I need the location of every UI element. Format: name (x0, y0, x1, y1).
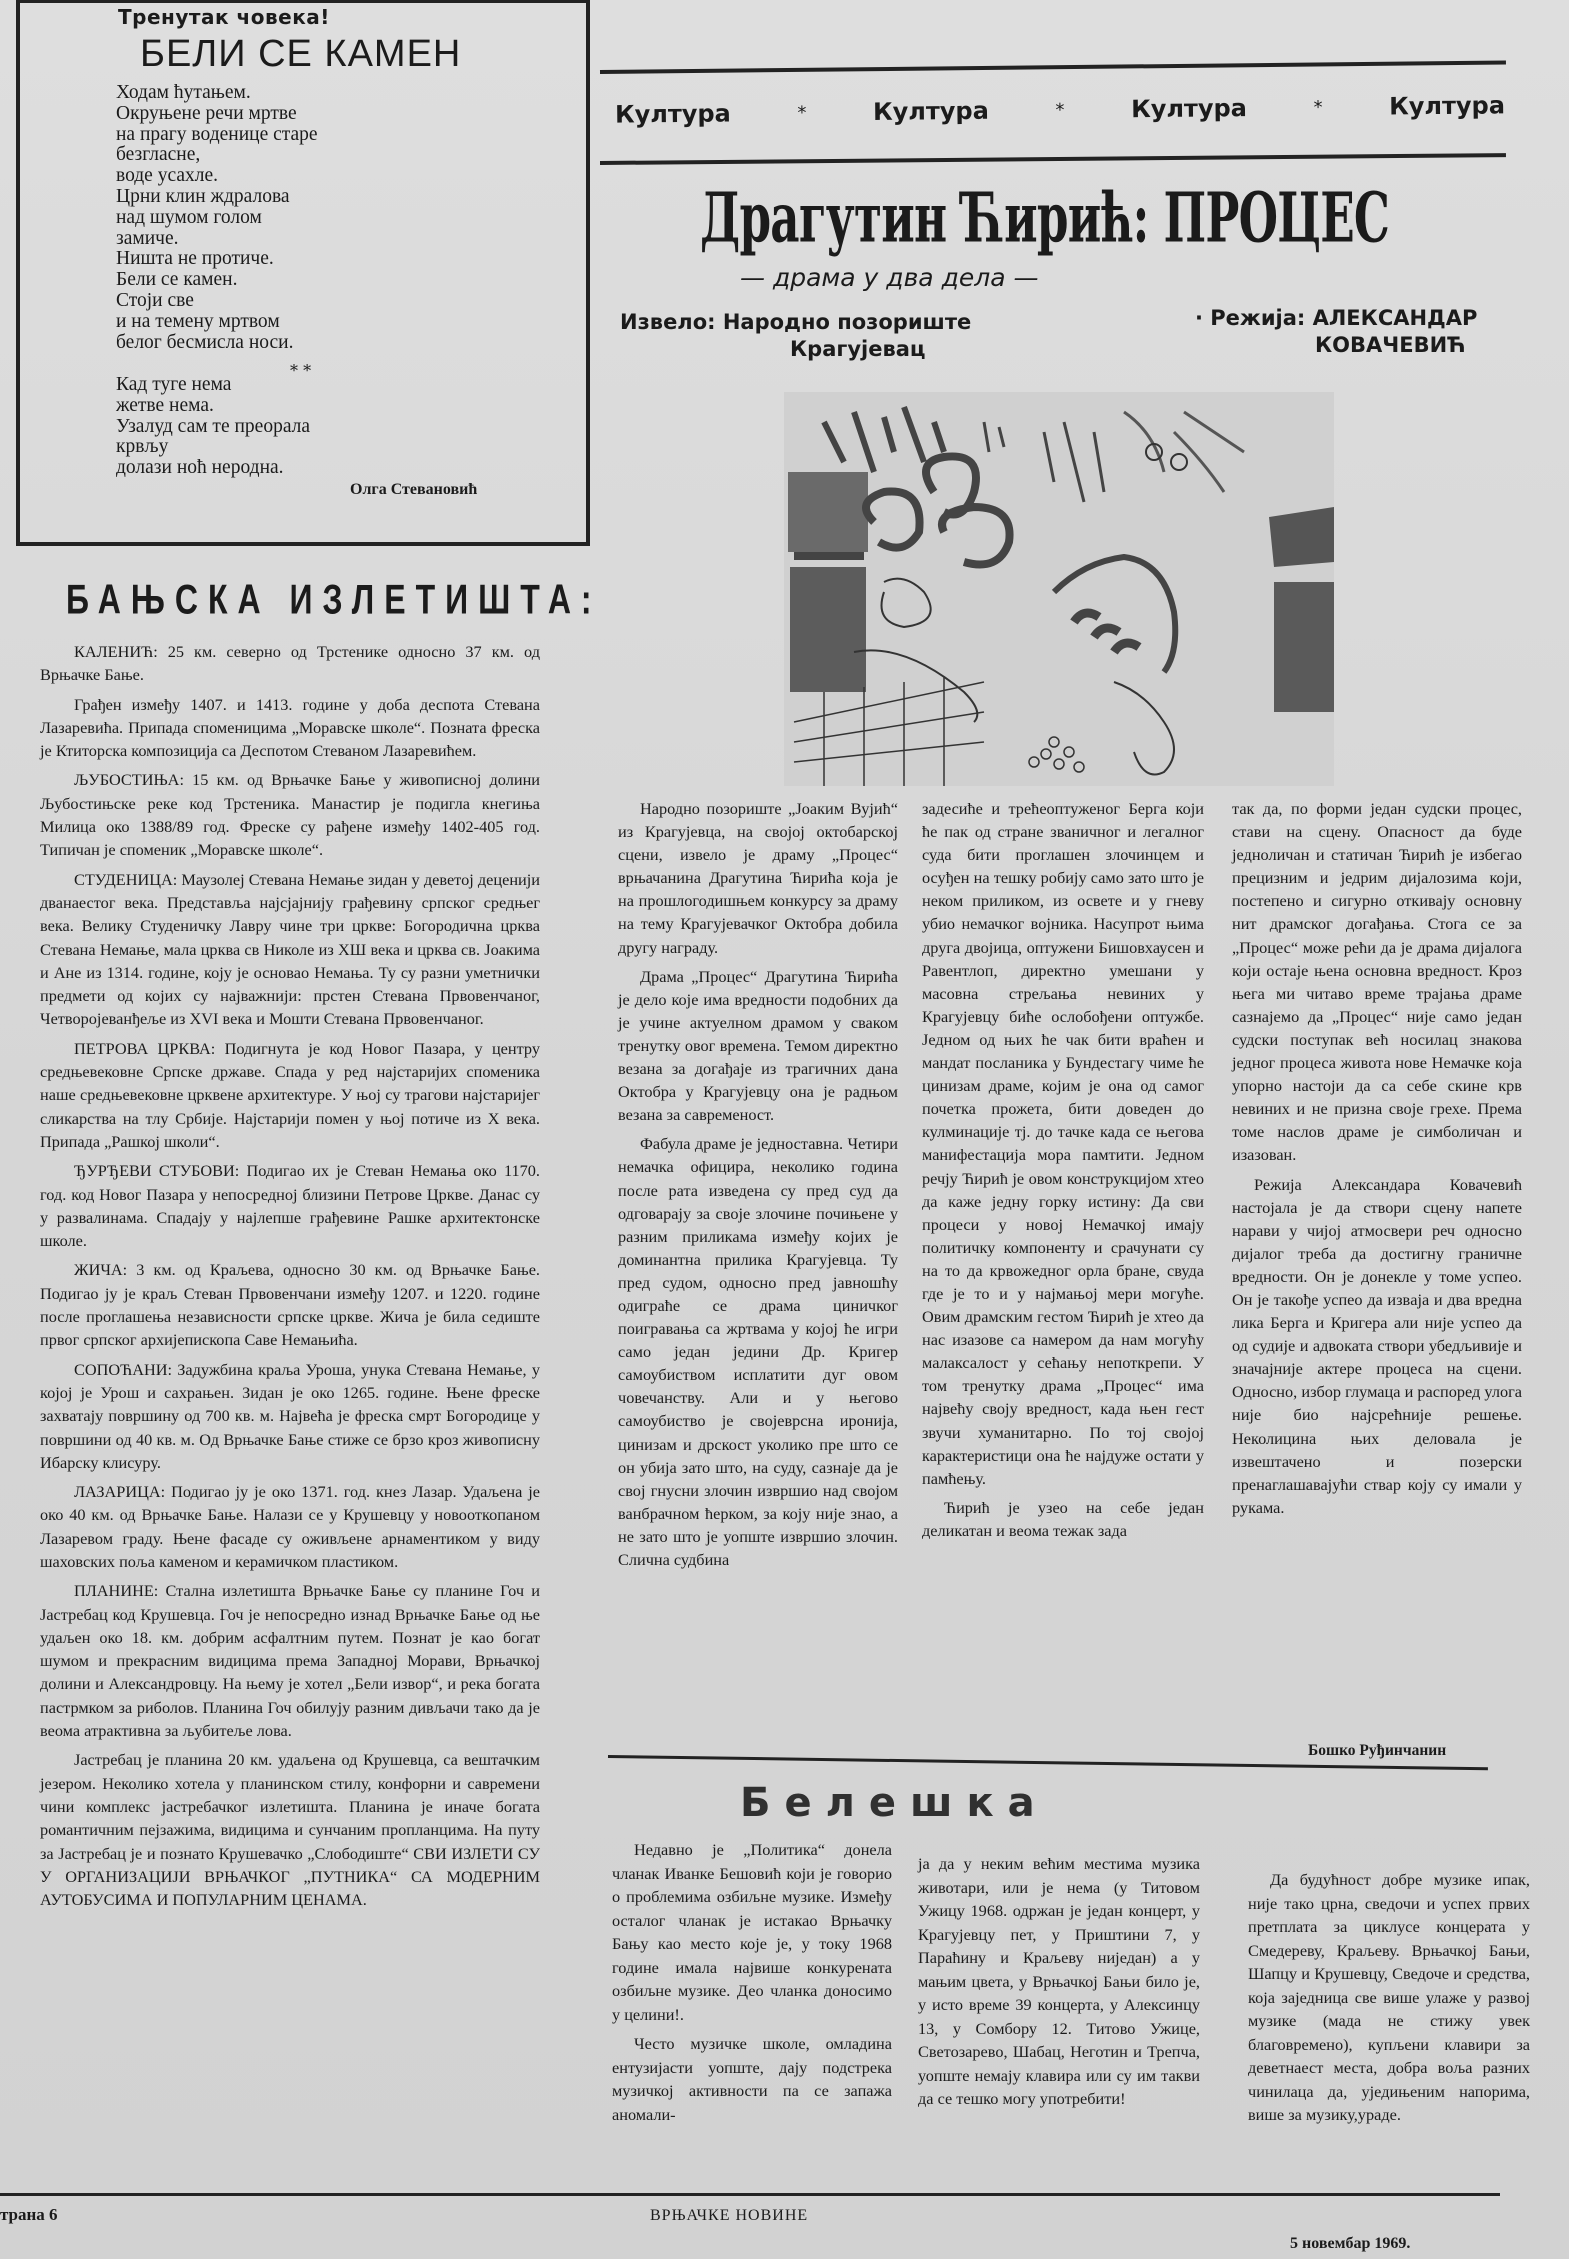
banner-rule-top (600, 61, 1506, 74)
excursion-paragraph: СОПОЋАНИ: Задужбина краља Уроша, унука С… (40, 1358, 540, 1474)
illustration-drawing-icon (784, 392, 1334, 786)
article-paragraph: задесиће и трећеоптуженог Берга који ће … (922, 797, 1204, 1490)
trial-illustration (784, 392, 1334, 786)
article-director: · Режија: АЛЕКСАНДАР КОВАЧЕВИЋ (1195, 305, 1515, 359)
poem-line: Узалуд сам те преорала (116, 417, 536, 438)
banner-item: Култура (1389, 91, 1505, 120)
production-line: Извело: Народно позориште (620, 309, 1020, 336)
excursion-paragraph: СТУДЕНИЦА: Маузолеј Стевана Немање зидан… (40, 868, 540, 1031)
banner-item: Култура (1131, 94, 1247, 123)
poem-box: Тренутак човека! БЕЛИ СЕ КАМЕН Ходам ћут… (16, 0, 590, 546)
excursions-body: КАЛЕНИЋ: 25 км. северно од Трстенике одн… (40, 640, 540, 1917)
poem-author: Олга Стевановић (350, 481, 477, 499)
poem-line: над шумом голом (116, 208, 536, 229)
star-icon: * (1055, 99, 1064, 120)
poem-title: БЕЛИ СЕ КАМЕН (140, 33, 461, 76)
culture-banner: Култура * Култура * Култура * Култура (615, 91, 1505, 128)
poem-line: Бели се камен. (116, 270, 536, 291)
article-column-2: задесиће и трећеоптуженог Берга који ће … (922, 797, 1204, 1548)
note-paragraph: Често музичке школе, омладина ентузијаст… (612, 2032, 892, 2126)
poem-line: и на темену мртвом (116, 312, 536, 333)
article-byline: Бошко Руђинчанин (1308, 1742, 1446, 1760)
excursion-paragraph: ПЕТРОВА ЦРКВА: Подигнута је код Новог Па… (40, 1037, 540, 1153)
production-line: Крагујевац (620, 336, 1020, 363)
excursion-paragraph: КАЛЕНИЋ: 25 км. северно од Трстенике одн… (40, 640, 540, 687)
article-title: Драгутин Ћирић: ПРОЦЕС (700, 178, 1389, 258)
article-subtitle: — драма у два дела — (740, 263, 1039, 292)
poem-line: Ходам ћутањем. (116, 83, 536, 104)
director-line: · Режија: АЛЕКСАНДАР (1195, 305, 1515, 332)
poem-line: крвљу (116, 437, 536, 458)
article-paragraph: Фабула драме је једноставна. Четири нема… (618, 1132, 898, 1571)
excursion-paragraph: ПЛАНИНЕ: Стална излетишта Врњачке Бање с… (40, 1579, 540, 1742)
banner-rule-bottom (600, 153, 1506, 165)
footer-rule (0, 2193, 1500, 2196)
poem-stanza-1: Ходам ћутањем. Окруњене речи мртве на пр… (116, 83, 536, 353)
note-column-3: Да будућност добре музике ипак, није так… (1248, 1868, 1530, 2133)
issue-date: 5 новембар 1969. (1290, 2235, 1410, 2253)
poem-line: Стоји све (116, 291, 536, 312)
poem-line: Црни клин ждралова (116, 187, 536, 208)
note-column-2: ја да у неким већим местима музика живот… (918, 1852, 1200, 2117)
star-icon: * (1313, 97, 1322, 118)
banner-item: Култура (615, 99, 731, 128)
article-paragraph: Ћирић је узео на себе један деликатан и … (922, 1496, 1204, 1542)
article-paragraph: Народно позориште „Јоаким Вујић“ из Краг… (618, 797, 898, 959)
article-paragraph: Режија Александара Ковачевић настојала ј… (1232, 1173, 1522, 1519)
director-line: КОВАЧЕВИЋ (1195, 332, 1515, 359)
poem-line: замиче. (116, 229, 536, 250)
excursion-paragraph: ЂУРЂЕВИ СТУБОВИ: Подигао их је Стеван Не… (40, 1159, 540, 1252)
poem-line: белог бесмисла носи. (116, 333, 536, 354)
poem-line: Кад туге нема (116, 375, 536, 396)
poem-kicker: Тренутак човека! (118, 5, 330, 29)
newspaper-name: ВРЊАЧКЕ НОВИНЕ (650, 2207, 808, 2225)
excursion-paragraph: ЛАЗАРИЦА: Подигао ју је око 1371. год. к… (40, 1480, 540, 1573)
excursions-heading: БАЊСКА ИЗЛЕТИШТА: (66, 576, 602, 624)
note-title: Белешка (740, 1780, 1049, 1826)
article-column-1: Народно позориште „Јоаким Вујић“ из Краг… (618, 797, 898, 1577)
note-paragraph: Недавно је „Политика“ донела чланак Иван… (612, 1838, 892, 2026)
note-paragraph: ја да у неким већим местима музика живот… (918, 1852, 1200, 2111)
poem-line: Окруњене речи мртве (116, 104, 536, 125)
poem-stanza-2: Кад туге нема жетве нема. Узалуд сам те … (116, 375, 536, 479)
article-column-3: так да, по форми један судски процес, ст… (1232, 797, 1522, 1525)
poem-line: безгласне, (116, 145, 536, 166)
poem-line: воде усахле. (116, 166, 536, 187)
excursion-paragraph: ЖИЧА: 3 км. од Краљева, односно 30 км. о… (40, 1258, 540, 1351)
poem-line: на прагу воденице старе (116, 125, 536, 146)
poem-line: жетве нема. (116, 396, 536, 417)
newspaper-page: Тренутак човека! БЕЛИ СЕ КАМЕН Ходам ћут… (0, 0, 1569, 2259)
star-icon: * (797, 102, 806, 123)
poem-line: Ништа не протиче. (116, 249, 536, 270)
banner-item: Култура (873, 97, 989, 126)
note-column-1: Недавно је „Политика“ донела чланак Иван… (612, 1838, 892, 2132)
poem-line: долази ноћ неродна. (116, 458, 536, 479)
excursion-paragraph: ЉУБОСТИЊА: 15 км. од Врњачке Бање у живо… (40, 768, 540, 861)
page-number: трана 6 (0, 2205, 58, 2225)
excursion-paragraph: Јастребац је планина 20 км. удаљена од К… (40, 1748, 540, 1911)
article-paragraph: Драма „Процес“ Драгутина Ћирића је дело … (618, 965, 898, 1127)
note-paragraph: Да будућност добре музике ипак, није так… (1248, 1868, 1530, 2127)
article-paragraph: так да, по форми један судски процес, ст… (1232, 797, 1522, 1167)
article-production: Извело: Народно позориште Крагујевац (620, 309, 1020, 363)
excursion-paragraph: Грађен између 1407. и 1413. године у доб… (40, 693, 540, 763)
